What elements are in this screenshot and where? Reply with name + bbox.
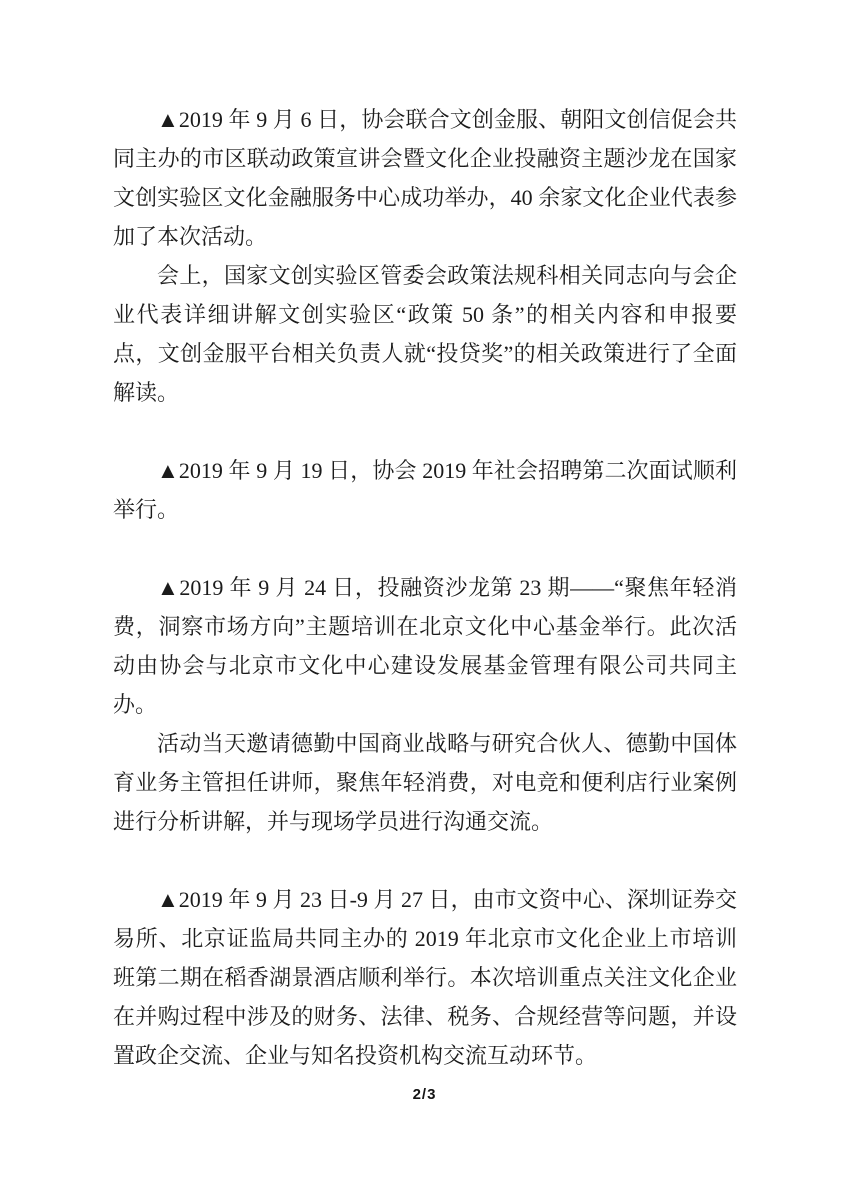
paragraph-event-sep-6-detail: 会上，国家文创实验区管委会政策法规科相关同志向与会企业代表详细讲解文创实验区“政… xyxy=(113,256,737,412)
document-page: ▲2019 年 9 月 6 日，协会联合文创金服、朝阳文创信促会共同主办的市区联… xyxy=(0,0,849,1200)
page-number: 2/3 xyxy=(0,1086,849,1103)
paragraph-event-sep-24-detail: 活动当天邀请德勤中国商业战略与研究合伙人、德勤中国体育业务主管担任讲师，聚焦年轻… xyxy=(113,724,737,841)
paragraph-event-sep-24: ▲2019 年 9 月 24 日，投融资沙龙第 23 期——“聚焦年轻消费，洞察… xyxy=(113,568,737,724)
document-body: ▲2019 年 9 月 6 日，协会联合文创金服、朝阳文创信促会共同主办的市区联… xyxy=(113,100,737,1075)
paragraph-event-sep-23-27: ▲2019 年 9 月 23 日-9 月 27 日，由市文资中心、深圳证券交易所… xyxy=(113,880,737,1075)
paragraph-event-sep-19: ▲2019 年 9 月 19 日，协会 2019 年社会招聘第二次面试顺利举行。 xyxy=(113,451,737,529)
paragraph-event-sep-6: ▲2019 年 9 月 6 日，协会联合文创金服、朝阳文创信促会共同主办的市区联… xyxy=(113,100,737,256)
